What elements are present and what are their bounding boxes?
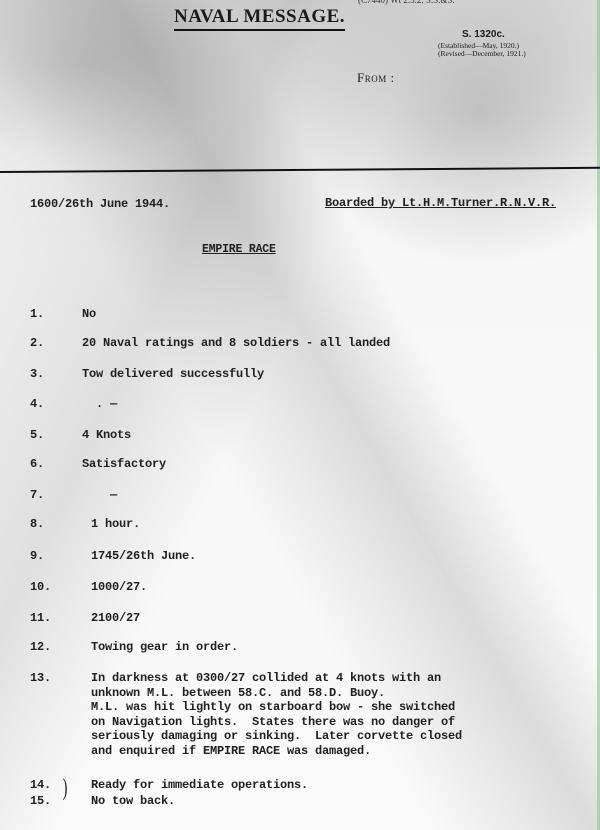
item-number: 1. xyxy=(30,307,44,321)
item-number: 7. xyxy=(30,488,44,502)
item-number: 15. xyxy=(30,794,51,808)
item-number: 3. xyxy=(30,367,44,381)
item-answer: 4 Knots xyxy=(82,428,131,442)
item-answer-collision-report: In darkness at 0300/27 collided at 4 kno… xyxy=(91,671,462,758)
item-number: 8. xyxy=(30,517,44,531)
item-answer: Tow delivered successfully xyxy=(82,367,264,381)
message-date-time: 1600/26th June 1944. xyxy=(30,197,170,211)
item-number: 12. xyxy=(30,640,51,654)
item-answer: 1745/26th June. xyxy=(91,549,196,563)
item-answer: Satisfactory xyxy=(82,457,166,471)
item-number: 4. xyxy=(30,397,44,411)
item-answer: Ready for immediate operations. xyxy=(91,778,308,792)
brace-bracket: ) xyxy=(63,775,68,802)
item-number: 11. xyxy=(30,611,51,625)
form-print-code: (C7440) Wt 2.5.2. S.S.&S. xyxy=(358,0,455,5)
item-answer: No xyxy=(82,307,96,321)
form-number: S. 1320c. xyxy=(462,29,505,40)
revised-date: (Revised—December, 1921.) xyxy=(438,50,526,58)
ship-name: EMPIRE RACE xyxy=(202,243,276,256)
item-number: 2. xyxy=(30,336,44,350)
item-number: 13. xyxy=(30,671,51,685)
item-answer: — xyxy=(82,488,117,502)
item-answer: 1 hour. xyxy=(91,517,140,531)
boarded-by: Boarded by Lt.H.M.Turner.R.N.V.R. xyxy=(325,196,556,210)
item-answer: 1000/27. xyxy=(91,580,147,594)
item-number: 9. xyxy=(30,549,44,563)
item-answer: No tow back. xyxy=(91,794,175,808)
item-answer: 2100/27 xyxy=(91,611,140,625)
item-answer: 20 Naval ratings and 8 soldiers - all la… xyxy=(82,336,390,350)
item-answer: . — xyxy=(82,397,117,411)
item-number: 6. xyxy=(30,457,44,471)
item-number: 10. xyxy=(30,580,51,594)
form-title: NAVAL MESSAGE. xyxy=(174,6,345,31)
item-answer: Towing gear in order. xyxy=(91,640,238,654)
item-number: 5. xyxy=(30,428,44,442)
from-label: From : xyxy=(357,70,395,86)
form-revision-info: (Established—May, 1920.) (Revised—Decemb… xyxy=(438,42,526,58)
item-number: 14. xyxy=(30,778,51,792)
